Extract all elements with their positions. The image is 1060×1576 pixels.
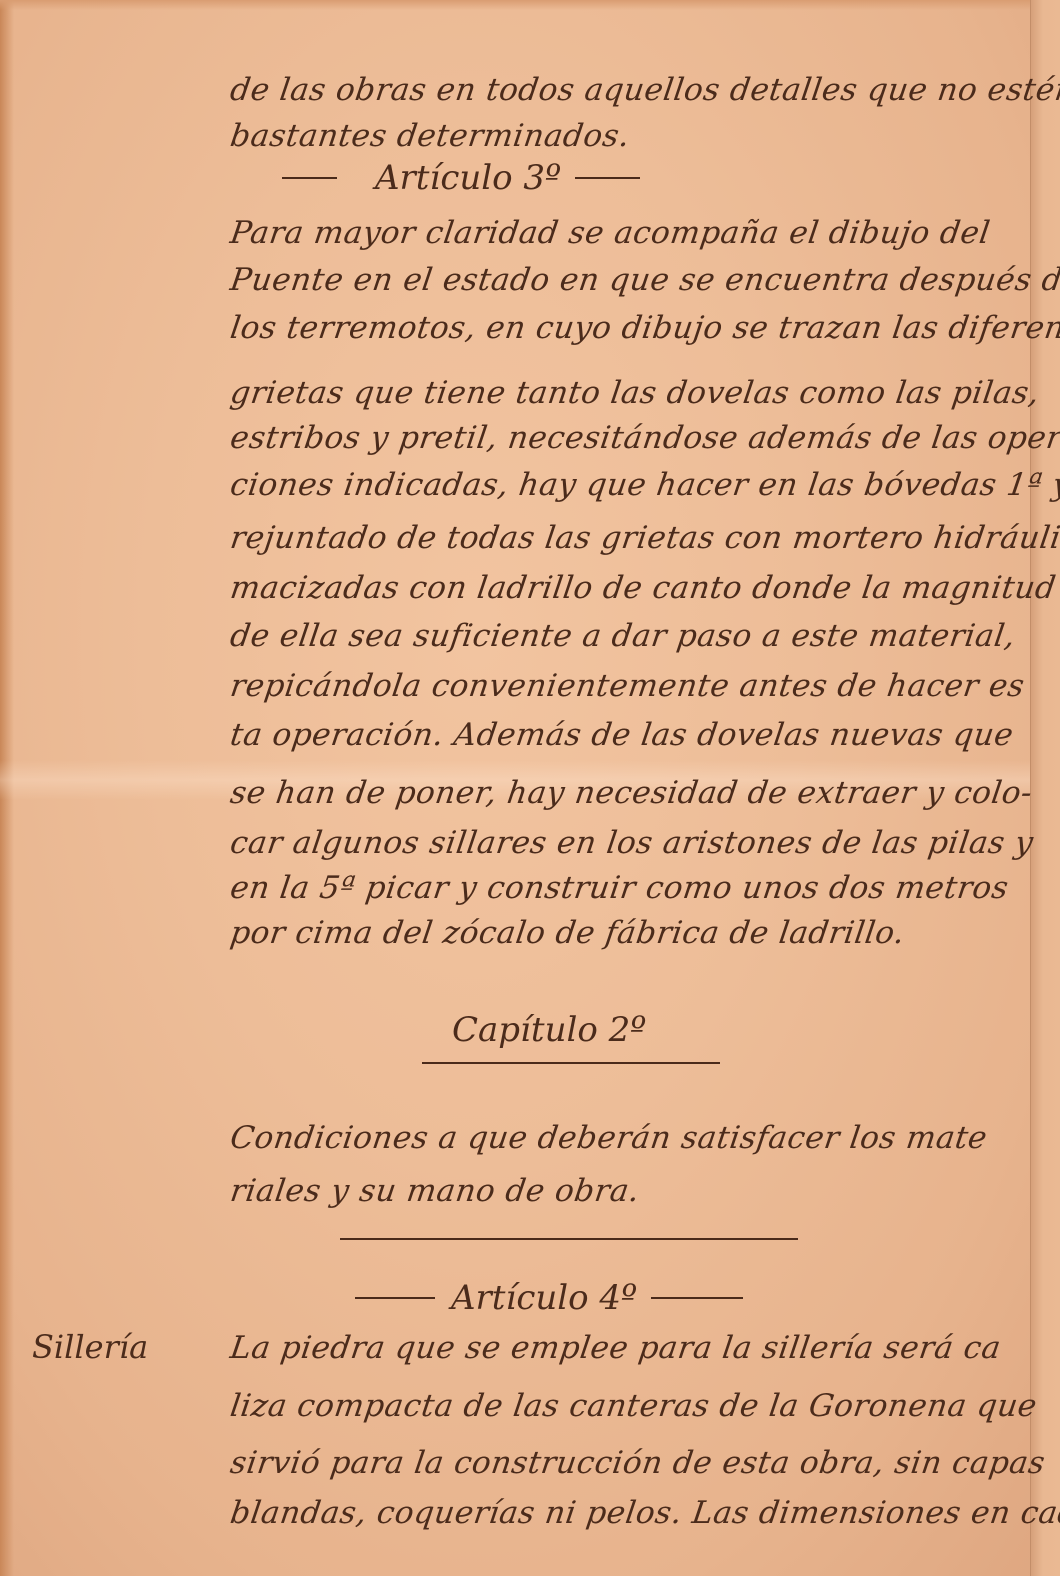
text-line: sirvió para la construcción de esta obra… xyxy=(228,1445,1047,1481)
article-3-heading-text: Artículo 3º xyxy=(375,158,561,198)
page-top-shadow xyxy=(0,0,1060,10)
text-line: liza compacta de las canteras de la Goro… xyxy=(228,1388,1039,1424)
heading-dash-right xyxy=(651,1297,743,1299)
text-line: Puente en el estado en que se encuentra … xyxy=(228,262,1060,298)
text-line: estribos y pretil, necesitándose además … xyxy=(228,420,1060,456)
chapter-2-heading: Capítulo 2º xyxy=(452,1010,646,1050)
heading-dash-right xyxy=(575,177,640,179)
text-line: rejuntado de todas las grietas con morte… xyxy=(228,520,1060,556)
next-page-edge xyxy=(1030,0,1060,1576)
text-line: repicándola convenientemente antes de ha… xyxy=(228,668,1027,704)
text-line: por cima del zócalo de fábrica de ladril… xyxy=(228,915,907,951)
text-line: grietas que tiene tanto las dovelas como… xyxy=(228,375,1042,411)
heading-dash-left xyxy=(355,1297,435,1299)
chapter-heading-underline xyxy=(422,1062,720,1064)
margin-label-silleria: Sillería xyxy=(32,1328,148,1366)
text-line: los terremotos, en cuyo dibujo se trazan… xyxy=(228,310,1060,346)
text-line: de las obras en todos aquellos detalles … xyxy=(228,72,1060,108)
chapter-subtitle-line: riales y su mano de obra. xyxy=(228,1173,642,1209)
text-line: de ella sea suficiente a dar paso a este… xyxy=(228,618,1018,654)
text-line: bastantes determinados. xyxy=(228,118,632,154)
text-line: blandas, coquerías ni pelos. Las dimensi… xyxy=(228,1495,1060,1531)
section-divider-rule xyxy=(340,1238,798,1240)
article-3-heading: Artículo 3º xyxy=(282,158,640,198)
text-line: se han de poner, hay necesidad de extrae… xyxy=(228,775,1035,811)
text-line: macizadas con ladrillo de canto donde la… xyxy=(228,570,1058,606)
heading-dash-left xyxy=(282,177,337,179)
text-line: ciones indicadas, hay que hacer en las b… xyxy=(228,467,1060,503)
article-4-heading-text: Artículo 4º xyxy=(451,1278,637,1318)
manuscript-page: de las obras en todos aquellos detalles … xyxy=(0,0,1060,1576)
article-4-heading: Artículo 4º xyxy=(355,1278,743,1318)
text-line: car algunos sillares en los aristones de… xyxy=(228,825,1036,861)
text-line: ta operación. Además de las dovelas nuev… xyxy=(228,717,1016,753)
text-line: Para mayor claridad se acompaña el dibuj… xyxy=(228,215,992,251)
chapter-subtitle-line: Condiciones a que deberán satisfacer los… xyxy=(228,1120,990,1156)
text-line: en la 5ª picar y construir como unos dos… xyxy=(228,870,1011,906)
text-line: La piedra que se emplee para la sillería… xyxy=(228,1330,1003,1366)
